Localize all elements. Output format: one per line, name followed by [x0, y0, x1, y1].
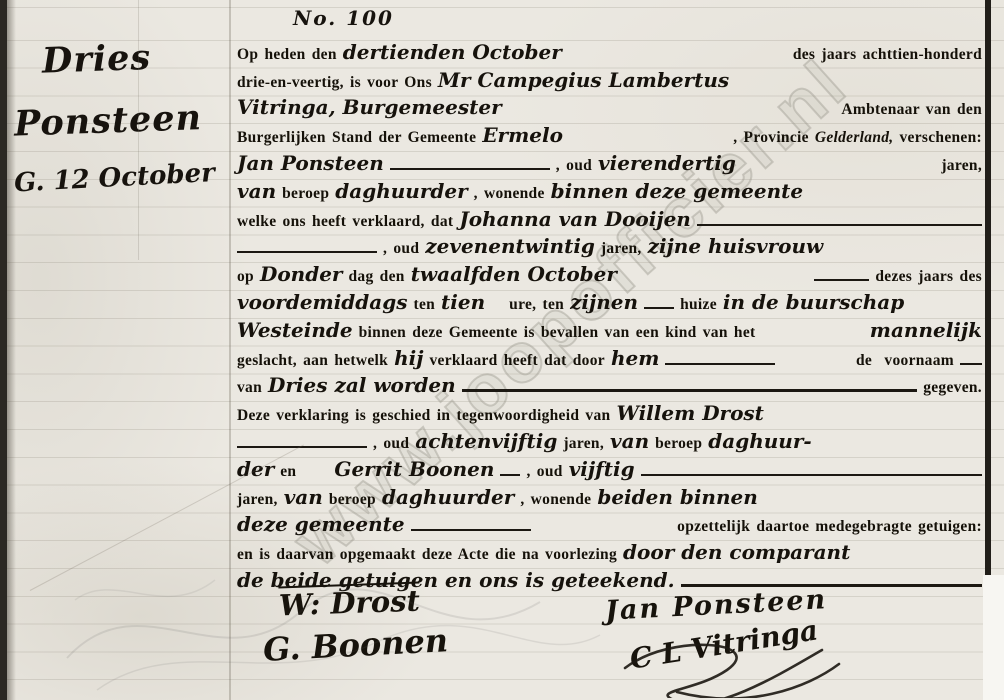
form-line: geslacht, aan hetwelkhijverklaard heeft …	[237, 346, 988, 374]
printed-text: en	[280, 463, 296, 481]
ruled-blank	[462, 387, 918, 392]
printed-text: ure, ten	[509, 296, 564, 314]
scan-edge-left	[0, 0, 7, 700]
form-line: Burgerlijken Stand der GemeenteErmelo, P…	[237, 123, 988, 151]
signature-flourish	[617, 640, 847, 698]
handwritten-text: van	[284, 485, 323, 509]
handwritten-text: twaalfden October	[411, 262, 617, 286]
ruled-blank	[697, 222, 982, 226]
printed-text: , wonende	[520, 491, 591, 509]
printed-text: , wonende	[474, 185, 545, 203]
handwritten-text: daghuurder	[335, 179, 467, 203]
handwritten-text: Ermelo	[482, 123, 563, 147]
handwritten-text: Jan Ponsteen	[237, 151, 384, 175]
handwritten-text: dertienden October	[343, 40, 562, 64]
printed-text: dezes jaars des	[875, 268, 982, 286]
printed-text: beroep	[655, 435, 702, 453]
handwritten-text: Westeinde	[237, 318, 353, 342]
handwritten-text: van	[237, 179, 276, 203]
handwritten-text: zevenentwintig	[425, 234, 595, 258]
printed-text: van	[237, 379, 262, 397]
printed-text: Deze verklaring is geschied in tegenwoor…	[237, 407, 610, 425]
handwritten-text: deze gemeente	[237, 512, 405, 536]
form-line: Op heden dendertienden Octoberdes jaars …	[237, 40, 988, 68]
form-line: , oudzevenentwintigjaren,zijne huisvrouw	[237, 234, 988, 262]
pencil-scribbles	[55, 540, 615, 700]
scan-corner-bottom-right	[983, 575, 1004, 700]
printed-text: dag den	[348, 268, 404, 286]
printed-text: gegeven.	[923, 379, 982, 397]
form-line: opDonderdag dentwaalfden Octoberdezes ja…	[237, 262, 988, 290]
form-line: drie-en-veertig, is voor OnsMr Campegius…	[237, 68, 988, 96]
handwritten-text: tien	[441, 290, 485, 314]
birth-certificate-scan: www.joopofficier.nl Dries Ponsteen G. 12…	[0, 0, 1004, 700]
handwritten-text: Gerrit Boonen	[334, 457, 494, 481]
handwritten-text: zijne huisvrouw	[648, 234, 824, 258]
printed-text: Gelderland,	[815, 129, 894, 147]
handwritten-text: hem	[611, 346, 659, 370]
printed-text: verschenen:	[899, 129, 982, 147]
printed-text: Op heden den	[237, 46, 337, 64]
printed-text: drie-en-veertig, is voor Ons	[237, 74, 432, 92]
handwritten-text: achtenvijftig	[415, 429, 557, 453]
printed-text: ten	[413, 296, 435, 314]
margin-child-firstname: Dries	[13, 24, 225, 93]
handwritten-text: Donder	[260, 262, 342, 286]
handwritten-text: mannelijk	[870, 318, 982, 342]
printed-text: huize	[680, 296, 717, 314]
handwritten-text: voordemiddags	[237, 290, 407, 314]
form-line: , oudachtenvijftigjaren,vanberoepdaghuur…	[237, 429, 988, 457]
form-line: No. 100	[237, 6, 988, 34]
handwritten-text: hij	[394, 346, 423, 370]
printed-text: welke ons heeft verklaard, dat	[237, 213, 453, 231]
handwritten-text: Mr Campegius Lambertus	[438, 68, 729, 92]
margin-birthdate: G. 12 October	[13, 147, 225, 210]
handwritten-text: Dries zal worden	[268, 373, 456, 397]
form-line: jaren,vanberoepdaghuurder, wonendebeiden…	[237, 485, 988, 513]
printed-text: des jaars achttien-honderd	[793, 46, 982, 64]
form-line: Vitringa, BurgemeesterAmbtenaar van den	[237, 95, 988, 123]
handwritten-text: door den comparant	[623, 540, 850, 564]
printed-text: Ambtenaar van den	[841, 101, 982, 119]
form-line: deze gemeenteopzettelijk daartoe medegeb…	[237, 512, 988, 540]
scan-edge-left-shadow	[7, 0, 16, 700]
handwritten-text: van	[610, 429, 649, 453]
handwritten-text: vierendertig	[598, 151, 736, 175]
act-number: No. 100	[293, 6, 394, 30]
margin-annotation: Dries Ponsteen G. 12 October	[14, 28, 224, 204]
form-line: vanberoepdaghuurder, wonendebinnen deze …	[237, 179, 988, 207]
printed-text: jaren,	[941, 157, 982, 175]
form-line: vanDries zal wordengegeven.	[237, 373, 988, 401]
form-line: voordemiddagstentienure, tenzijnenhuizei…	[237, 290, 988, 318]
handwritten-text: Vitringa, Burgemeester	[237, 95, 502, 119]
handwritten-text: daghuur-	[708, 429, 811, 453]
printed-text: jaren,	[237, 491, 278, 509]
printed-text: geslacht, aan hetwelk	[237, 352, 388, 370]
handwritten-text: zijnen	[570, 290, 638, 314]
handwritten-text: vijftig	[569, 457, 635, 481]
printed-text: binnen deze Gemeente is bevallen van een…	[359, 324, 756, 342]
handwritten-text: in de buurschap	[723, 290, 904, 314]
printed-text: , oud	[383, 240, 419, 258]
printed-text: Burgerlijken Stand der Gemeente	[237, 129, 476, 147]
printed-text: , oud	[556, 157, 592, 175]
printed-text: jaren,	[601, 240, 642, 258]
form-line: Westeindebinnen deze Gemeente is bevalle…	[237, 318, 988, 346]
ruled-blank	[237, 249, 377, 253]
ruled-blank	[960, 361, 982, 365]
printed-text: opzettelijk daartoe medegebragte getuige…	[677, 518, 982, 536]
printed-text: beroep	[282, 185, 329, 203]
ruled-blank	[641, 472, 982, 476]
printed-text: jaren,	[563, 435, 604, 453]
form-line: derenGerrit Boonen, oudvijftig	[237, 457, 988, 485]
handwritten-text: binnen deze gemeente	[551, 179, 803, 203]
margin-divider-crease	[229, 0, 231, 700]
body-lines: No. 100Op heden dendertienden Octoberdes…	[237, 6, 988, 596]
printed-text: beroep	[329, 491, 376, 509]
scan-edge-right	[985, 0, 991, 578]
paper-crease-vertical	[138, 0, 139, 260]
printed-text: op	[237, 268, 254, 286]
printed-text: verklaard heeft dat door	[429, 352, 605, 370]
margin-child-surname: Ponsteen	[13, 86, 225, 155]
handwritten-text: Johanna van Dooijen	[459, 207, 691, 231]
form-line: welke ons heeft verklaard, datJohanna va…	[237, 207, 988, 235]
ruled-blank	[411, 527, 531, 531]
ruled-blank	[644, 305, 674, 309]
ruled-blank	[390, 166, 550, 170]
form-line: Jan Ponsteen, oudvierendertigjaren,	[237, 151, 988, 179]
handwritten-text: beiden binnen	[597, 485, 757, 509]
printed-text: de voornaam	[856, 352, 954, 370]
ruled-blank	[814, 277, 869, 281]
ruled-blank	[500, 472, 520, 476]
printed-text: , oud	[526, 463, 562, 481]
form-line: Deze verklaring is geschied in tegenwoor…	[237, 401, 988, 429]
printed-text: , Provincie	[733, 129, 809, 147]
printed-text: , oud	[373, 435, 409, 453]
handwritten-text: Willem Drost	[616, 401, 763, 425]
ruled-blank	[665, 361, 775, 365]
handwritten-text: daghuurder	[382, 485, 514, 509]
